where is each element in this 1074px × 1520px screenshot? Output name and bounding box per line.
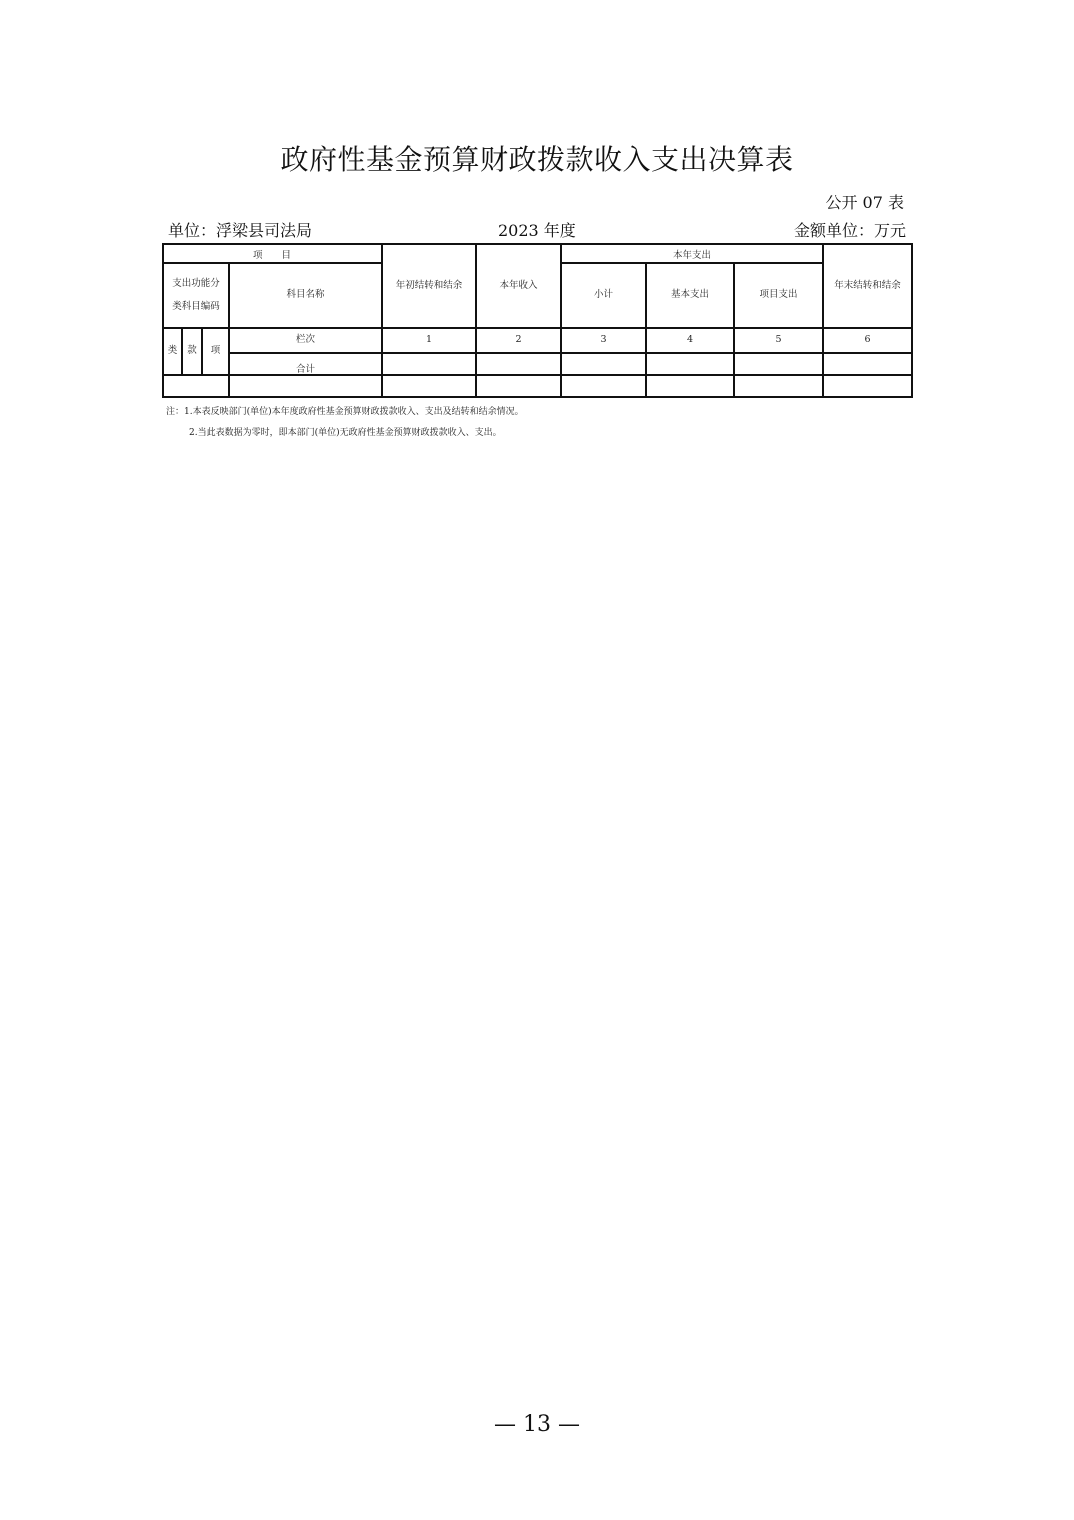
header-lei: 类: [164, 329, 181, 374]
total-value-4: [647, 354, 733, 374]
data-row-name: [230, 376, 381, 396]
column-index-1: 1: [383, 329, 475, 352]
meta-row: 单位：浮梁县司法局 2023 年度 金额单位：万元: [168, 218, 906, 240]
amount-unit-label: 金额单位：万元: [794, 218, 906, 241]
data-row-value-5: [735, 376, 822, 396]
table-notes: 注：1.本表反映部门(单位)本年度政府性基金预算财政拨款收入、支出及结转和结余情…: [166, 406, 524, 448]
header-xiang: 项: [203, 329, 228, 374]
unit-label: 单位：浮梁县司法局: [168, 218, 312, 241]
data-row-value-6: [824, 376, 911, 396]
table-number: 公开 07 表: [825, 190, 904, 213]
header-func-code-line2: 类科目编码: [172, 301, 220, 313]
header-basic-expense: 基本支出: [647, 264, 733, 327]
header-opening-balance: 年初结转和结余: [383, 245, 475, 327]
header-func-code: 支出功能分 类科目编码: [164, 264, 228, 327]
data-row-value-1: [383, 376, 475, 396]
table-border-right: [911, 243, 913, 398]
year-label: 2023 年度: [498, 218, 576, 241]
header-closing-balance: 年末结转和结余: [824, 245, 911, 327]
header-subject-name: 科目名称: [230, 264, 381, 327]
header-kuan: 款: [183, 329, 201, 374]
note-1: 注：1.本表反映部门(单位)本年度政府性基金预算财政拨款收入、支出及结转和结余情…: [166, 406, 524, 427]
column-index-label: 栏次: [230, 329, 381, 352]
header-func-code-line1: 支出功能分: [172, 278, 220, 290]
header-current-expense-group: 本年支出: [562, 245, 822, 262]
header-item-group: 项 目: [162, 245, 382, 262]
total-value-1: [383, 354, 475, 374]
data-row-code: [164, 376, 228, 396]
data-row-value-2: [477, 376, 560, 396]
header-current-income: 本年收入: [477, 245, 560, 327]
table-border-bottom: [162, 396, 913, 398]
data-row-value-4: [647, 376, 733, 396]
total-value-2: [477, 354, 560, 374]
total-value-3: [562, 354, 645, 374]
page-number: — 13 —: [0, 1412, 1074, 1437]
data-row-value-3: [562, 376, 645, 396]
document-title: 政府性基金预算财政拨款收入支出决算表: [0, 138, 1074, 178]
column-index-5: 5: [735, 329, 822, 352]
column-index-6: 6: [824, 329, 911, 352]
total-row-label: 合计: [230, 354, 381, 376]
total-value-6: [824, 354, 911, 374]
column-index-3: 3: [562, 329, 645, 352]
total-value-5: [735, 354, 822, 374]
header-subtotal: 小计: [562, 264, 645, 327]
column-index-4: 4: [647, 329, 733, 352]
header-project-expense: 项目支出: [735, 264, 822, 327]
note-2: 2.当此表数据为零时，即本部门(单位)无政府性基金预算财政拨款收入、支出。: [166, 427, 524, 448]
column-index-2: 2: [477, 329, 560, 352]
